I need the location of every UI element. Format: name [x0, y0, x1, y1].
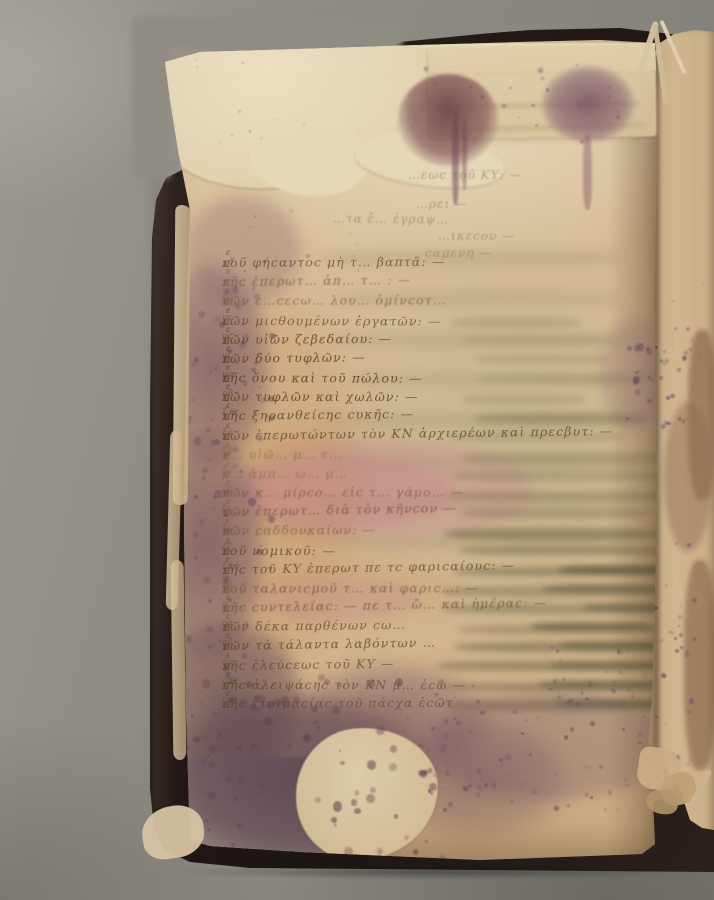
torn-edge-fragments	[0, 0, 714, 900]
manuscript-photo: …εωϲ τοῦ ΚΥ: —…ρει —…τα ἔ… ἐγραψ……ικεϲον…	[0, 0, 714, 900]
